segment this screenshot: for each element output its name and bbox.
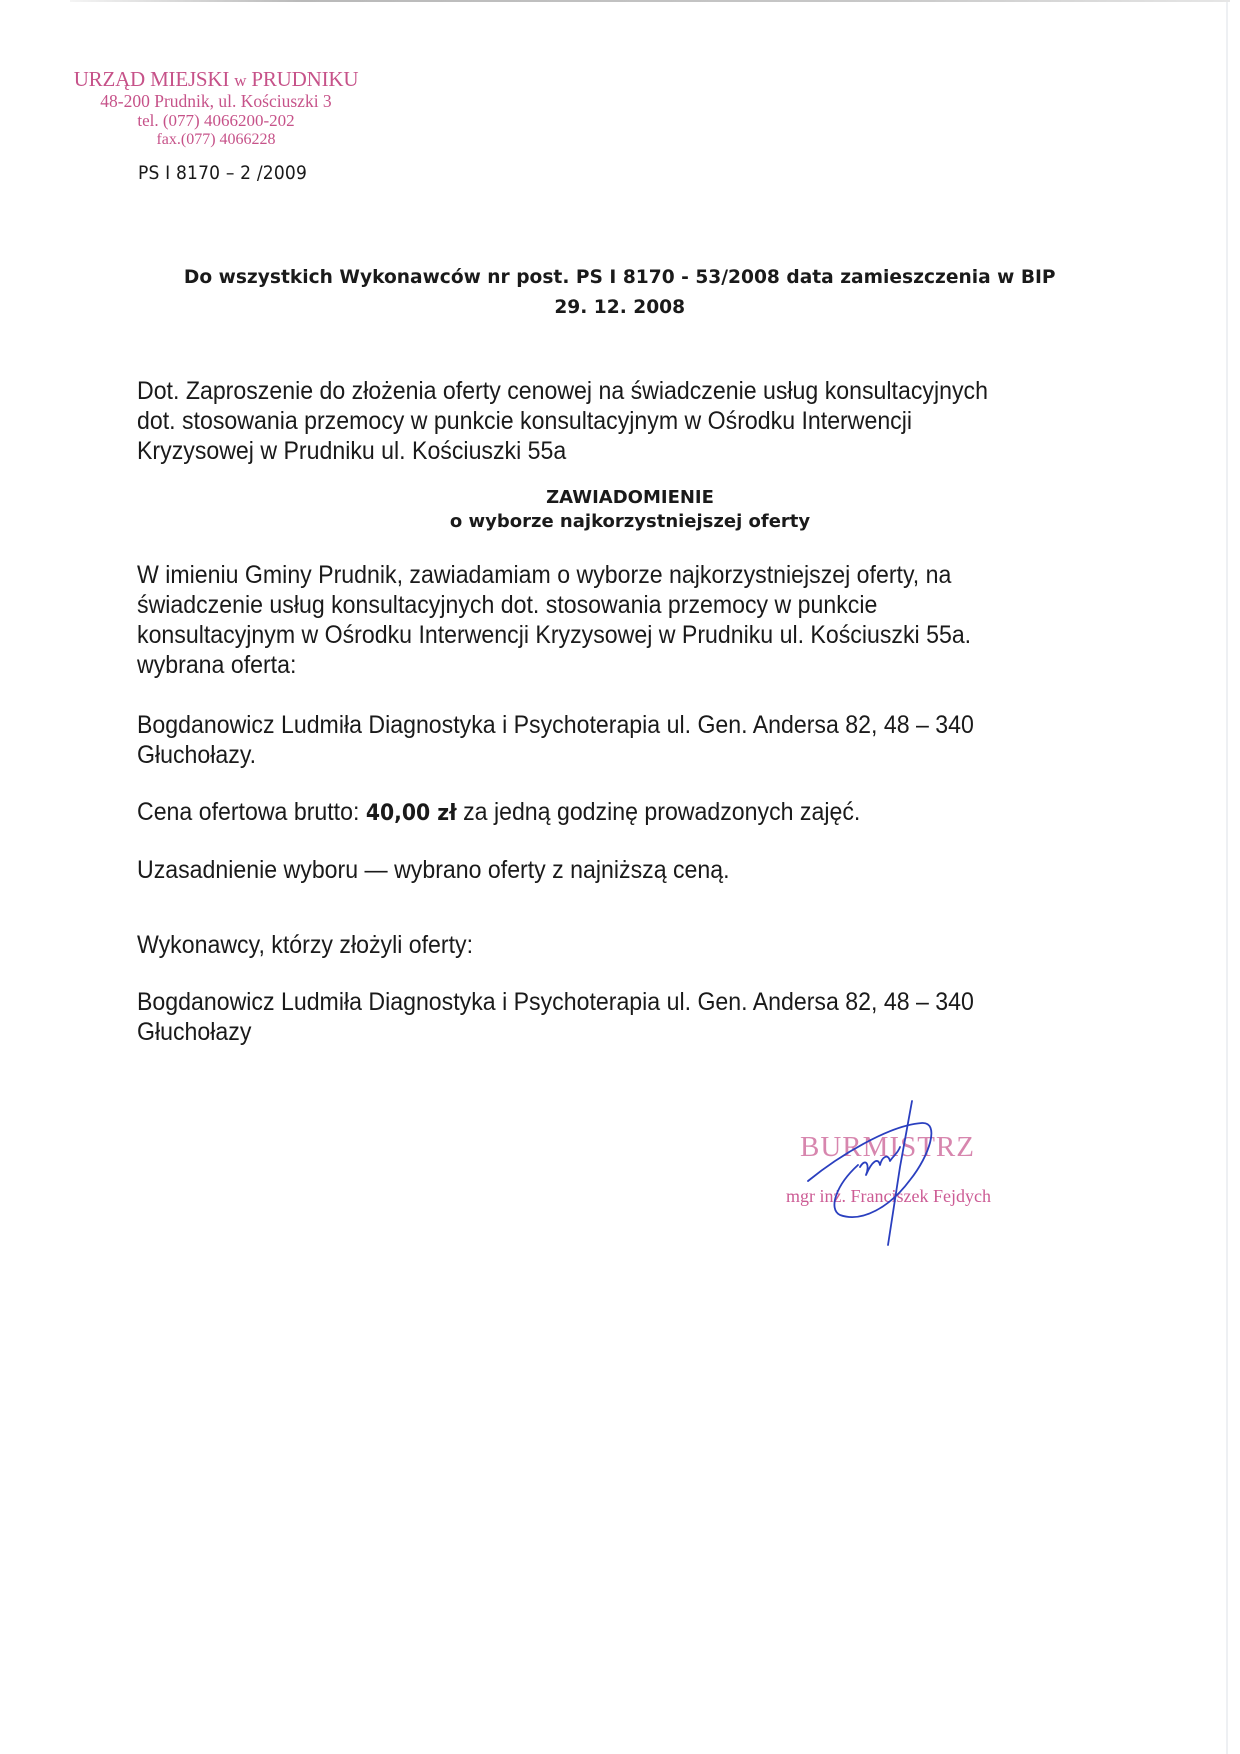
intro-line: świadczenie usług konsultacyjnych dot. s… <box>137 590 971 620</box>
price-amount: 40,00 zł <box>366 801 457 826</box>
heading-line-1: Do wszystkich Wykonawców nr post. PS I 8… <box>184 262 1056 292</box>
stamp-office: URZĄD MIEJSKI <box>74 67 230 91</box>
subject-line: Kryzysowej w Prudniku ul. Kościuszki 55a <box>137 436 988 466</box>
office-stamp: URZĄD MIEJSKI w PRUDNIKU 48-200 Prudnik,… <box>70 68 362 149</box>
stamp-address: 48-200 Prudnik, ul. Kościuszki 3 <box>70 92 362 111</box>
stamp-tel: tel. (077) 4066200-202 <box>70 111 362 130</box>
bidders-label: Wykonawcy, którzy złożyli oferty: <box>137 930 473 960</box>
bidder-line: Głuchołazy <box>137 1017 974 1047</box>
price-line: Cena ofertowa brutto: 40,00 zł za jedną … <box>137 797 860 829</box>
price-suffix: za jedną godzinę prowadzonych zajęć. <box>457 798 861 826</box>
selected-offer-line: Głuchołazy. <box>137 740 974 770</box>
selected-offer: Bogdanowicz Ludmiła Diagnostyka i Psycho… <box>137 710 974 770</box>
notice-subtitle: o wyborze najkorzystniejszej oferty <box>100 510 1160 534</box>
stamp-office-w: w <box>234 71 246 90</box>
intro-line: konsultacyjnym w Ośrodku Interwencji Kry… <box>137 620 971 650</box>
subject-line: Dot. Zaproszenie do złożenia oferty ceno… <box>137 376 988 406</box>
heading-date: 29. 12. 2008 <box>555 292 686 322</box>
scan-top-edge <box>70 0 1230 2</box>
price-label: Cena ofertowa brutto: <box>137 798 366 826</box>
justification: Uzasadnienie wyboru — wybrano oferty z n… <box>137 855 730 885</box>
stamp-office-name: URZĄD MIEJSKI w PRUDNIKU <box>70 68 362 92</box>
reference-number: PS I 8170 – 2 /2009 <box>138 162 307 184</box>
bidders-list: Bogdanowicz Ludmiła Diagnostyka i Psycho… <box>137 987 974 1047</box>
intro-line: W imieniu Gminy Prudnik, zawiadamiam o w… <box>137 560 971 590</box>
selected-offer-line: Bogdanowicz Ludmiła Diagnostyka i Psycho… <box>137 710 974 740</box>
notice-title: ZAWIADOMIENIE <box>100 486 1160 510</box>
document-heading: Do wszystkich Wykonawców nr post. PS I 8… <box>100 262 1140 322</box>
subject-paragraph: Dot. Zaproszenie do złożenia oferty ceno… <box>137 376 988 466</box>
intro-line: wybrana oferta: <box>137 650 971 680</box>
handwritten-signature-icon <box>800 1095 970 1255</box>
subject-line: dot. stosowania przemocy w punkcie konsu… <box>137 406 988 436</box>
notice-title-block: ZAWIADOMIENIE o wyborze najkorzystniejsz… <box>100 486 1160 534</box>
stamp-fax: fax.(077) 4066228 <box>70 130 362 149</box>
bidder-line: Bogdanowicz Ludmiła Diagnostyka i Psycho… <box>137 987 974 1017</box>
stamp-office-city: PRUDNIKU <box>251 67 358 91</box>
scan-right-edge <box>1226 2 1228 1754</box>
intro-paragraph: W imieniu Gminy Prudnik, zawiadamiam o w… <box>137 560 971 680</box>
